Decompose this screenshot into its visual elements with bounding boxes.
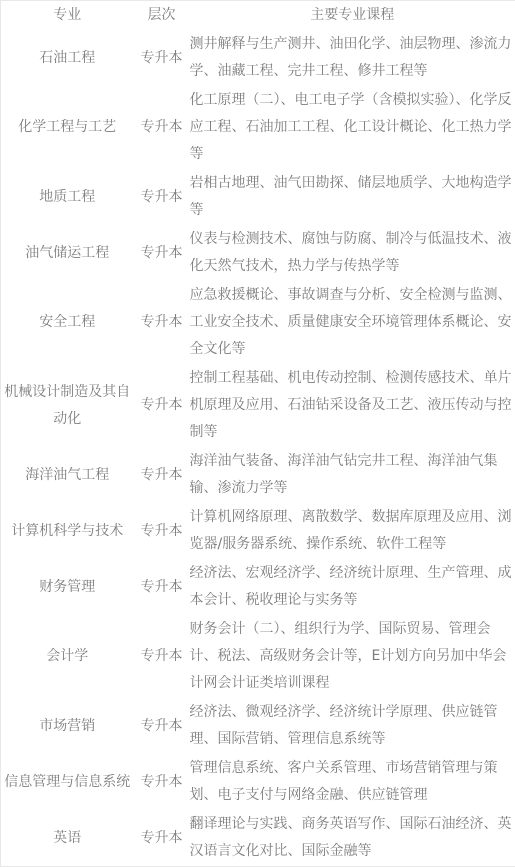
col-header-level: 层次 xyxy=(134,1,190,31)
table-row: 石油工程 专升本 测井解释与生产测井、油田化学、油层物理、渗流力学、油藏工程、完… xyxy=(1,30,515,86)
major-cell: 财务管理 xyxy=(1,559,134,615)
major-cell: 石油工程 xyxy=(1,30,134,86)
major-cell: 化学工程与工艺 xyxy=(1,86,134,169)
courses-cell: 经济法、宏观经济学、经济统计原理、生产管理、成本会计、税收理论与实务等 xyxy=(190,559,515,615)
courses-cell: 管理信息系统、客户关系管理、市场营销管理与策划、电子支付与网络金融、供应链管理 xyxy=(190,754,515,810)
level-cell: 专升本 xyxy=(134,615,190,698)
major-cell: 计算机科学与技术 xyxy=(1,503,134,559)
table-row: 市场营销 专升本 经济法、微观经济学、经济统计学原理、供应链管理、国际营销、管理… xyxy=(1,698,515,754)
col-header-major: 专业 xyxy=(1,1,134,31)
courses-cell: 海洋油气装备、海洋油气钻完井工程、海洋油气集输、渗流力学等 xyxy=(190,447,515,503)
major-cell: 安全工程 xyxy=(1,281,134,364)
level-cell: 专升本 xyxy=(134,559,190,615)
major-cell: 信息管理与信息系统 xyxy=(1,754,134,810)
major-cell: 英语 xyxy=(1,810,134,867)
level-cell: 专升本 xyxy=(134,754,190,810)
courses-cell: 测井解释与生产测井、油田化学、油层物理、渗流力学、油藏工程、完井工程、修井工程等 xyxy=(190,30,515,86)
major-cell: 地质工程 xyxy=(1,169,134,225)
major-cell: 会计学 xyxy=(1,615,134,698)
table-row: 安全工程 专升本 应急救援概论、事故调查与分析、安全检测与监测、工业安全技术、质… xyxy=(1,281,515,364)
level-cell: 专升本 xyxy=(134,503,190,559)
courses-cell: 翻译理论与实践、商务英语写作、国际石油经济、英汉语言文化对比、国际金融等 xyxy=(190,810,515,867)
courses-cell: 经济法、微观经济学、经济统计学原理、供应链管理、国际营销、管理信息系统等 xyxy=(190,698,515,754)
table-row: 化学工程与工艺 专升本 化工原理（二）、电工电子学（含模拟实验）、化学反应工程、… xyxy=(1,86,515,169)
major-cell: 市场营销 xyxy=(1,698,134,754)
level-cell: 专升本 xyxy=(134,169,190,225)
courses-cell: 财务会计（二）、组织行为学、国际贸易、管理会计、税法、高级财务会计等，E计划方向… xyxy=(190,615,515,698)
major-cell: 机械设计制造及其自动化 xyxy=(1,364,134,447)
level-cell: 专升本 xyxy=(134,225,190,281)
courses-cell: 化工原理（二）、电工电子学（含模拟实验）、化学反应工程、石油加工工程、化工设计概… xyxy=(190,86,515,169)
courses-cell: 应急救援概论、事故调查与分析、安全检测与监测、工业安全技术、质量健康安全环境管理… xyxy=(190,281,515,364)
level-cell: 专升本 xyxy=(134,698,190,754)
table-row: 财务管理 专升本 经济法、宏观经济学、经济统计原理、生产管理、成本会计、税收理论… xyxy=(1,559,515,615)
major-cell: 海洋油气工程 xyxy=(1,447,134,503)
level-cell: 专升本 xyxy=(134,447,190,503)
table-row: 海洋油气工程 专升本 海洋油气装备、海洋油气钻完井工程、海洋油气集输、渗流力学等 xyxy=(1,447,515,503)
table-row: 地质工程 专升本 岩相古地理、油气田勘探、储层地质学、大地构造学等 xyxy=(1,169,515,225)
level-cell: 专升本 xyxy=(134,810,190,867)
majors-table: 专业 层次 主要专业课程 石油工程 专升本 测井解释与生产测井、油田化学、油层物… xyxy=(0,0,515,867)
courses-cell: 岩相古地理、油气田勘探、储层地质学、大地构造学等 xyxy=(190,169,515,225)
header-row: 专业 层次 主要专业课程 xyxy=(1,1,515,31)
level-cell: 专升本 xyxy=(134,86,190,169)
table-row: 英语 专升本 翻译理论与实践、商务英语写作、国际石油经济、英汉语言文化对比、国际… xyxy=(1,810,515,867)
major-cell: 油气储运工程 xyxy=(1,225,134,281)
level-cell: 专升本 xyxy=(134,281,190,364)
level-cell: 专升本 xyxy=(134,30,190,86)
col-header-courses: 主要专业课程 xyxy=(190,1,515,31)
table-row: 信息管理与信息系统 专升本 管理信息系统、客户关系管理、市场营销管理与策划、电子… xyxy=(1,754,515,810)
table-row: 会计学 专升本 财务会计（二）、组织行为学、国际贸易、管理会计、税法、高级财务会… xyxy=(1,615,515,698)
courses-cell: 计算机网络原理、离散数学、数据库原理及应用、浏览器/服务器系统、操作系统、软件工… xyxy=(190,503,515,559)
table-row: 油气储运工程 专升本 仪表与检测技术、腐蚀与防腐、制冷与低温技术、液化天然气技术… xyxy=(1,225,515,281)
table-row: 机械设计制造及其自动化 专升本 控制工程基础、机电传动控制、检测传感技术、单片机… xyxy=(1,364,515,447)
level-cell: 专升本 xyxy=(134,364,190,447)
table-row: 计算机科学与技术 专升本 计算机网络原理、离散数学、数据库原理及应用、浏览器/服… xyxy=(1,503,515,559)
courses-cell: 仪表与检测技术、腐蚀与防腐、制冷与低温技术、液化天然气技术，热力学与传热学等 xyxy=(190,225,515,281)
courses-cell: 控制工程基础、机电传动控制、检测传感技术、单片机原理及应用、石油钻采设备及工艺、… xyxy=(190,364,515,447)
